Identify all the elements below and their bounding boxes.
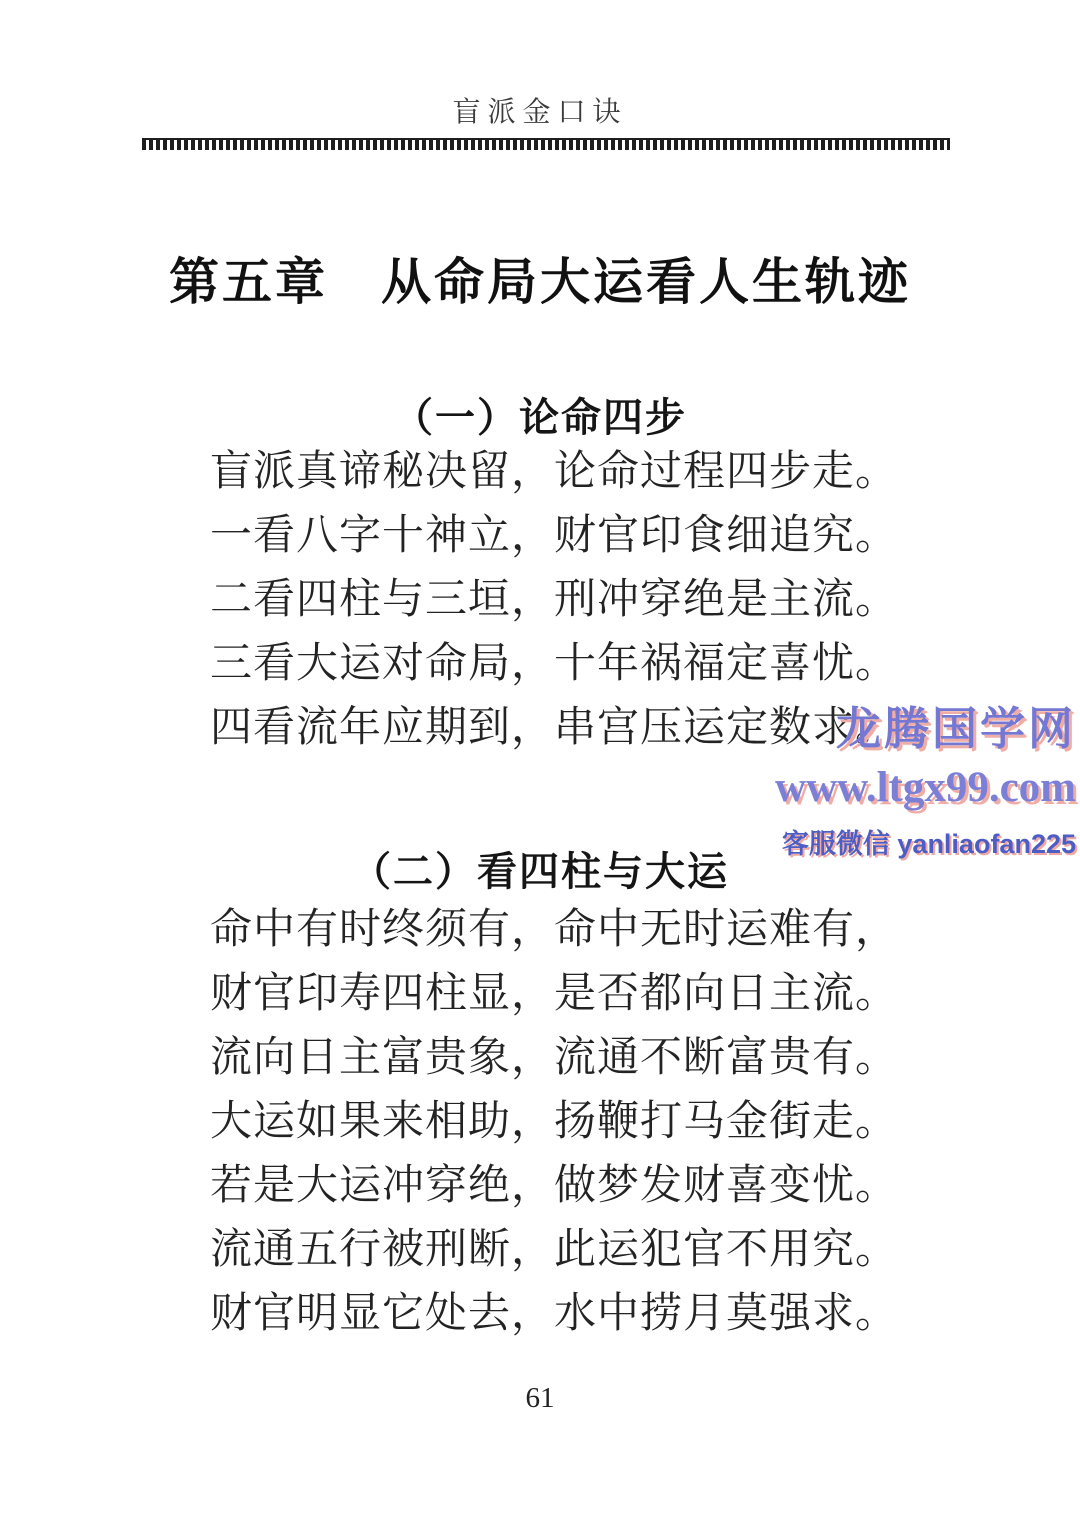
verse-line: 财官明显它处去，水中捞月莫强求。 — [210, 1282, 900, 1346]
section-2-verse-block: 命中有时终须有，命中无时运难有， 财官印寿四柱显，是否都向日主流。 流向日主富贵… — [210, 898, 900, 1346]
verse-line: 一看八字十神立，财官印食细追究。 — [210, 504, 900, 568]
verse-line: 四看流年应期到，串宫压运定数求。 — [210, 696, 900, 760]
chapter-title: 第五章 从命局大运看人生轨迹 — [0, 242, 1080, 314]
verse-line: 财官印寿四柱显，是否都向日主流。 — [210, 962, 900, 1026]
verse-line: 若是大运冲穿绝，做梦发财喜变忧。 — [210, 1154, 900, 1218]
verse-line: 流向日主富贵象，流通不断富贵有。 — [210, 1026, 900, 1090]
verse-line: 流通五行被刑断，此运犯官不用究。 — [210, 1218, 900, 1282]
watermark-url: www.ltgx99.com — [775, 763, 1076, 812]
verse-line: 二看四柱与三垣，刑冲穿绝是主流。 — [210, 568, 900, 632]
verse-line: 命中有时终须有，命中无时运难有， — [210, 898, 900, 962]
page-number: 61 — [0, 1382, 1080, 1415]
verse-line: 大运如果来相助，扬鞭打马金街走。 — [210, 1090, 900, 1154]
section-1-verse-block: 盲派真谛秘决留，论命过程四步走。 一看八字十神立，财官印食细追究。 二看四柱与三… — [210, 440, 900, 760]
header-rule — [142, 138, 950, 150]
book-page: 盲派金口诀 第五章 从命局大运看人生轨迹 （一）论命四步 盲派真谛秘决留，论命过… — [0, 0, 1080, 1534]
section-2-heading: （二）看四柱与大运 — [0, 840, 1080, 897]
verse-line: 三看大运对命局，十年祸福定喜忧。 — [210, 632, 900, 696]
running-header-title: 盲派金口诀 — [0, 90, 1080, 130]
verse-line: 盲派真谛秘决留，论命过程四步走。 — [210, 440, 900, 504]
section-1-heading: （一）论命四步 — [0, 386, 1080, 443]
